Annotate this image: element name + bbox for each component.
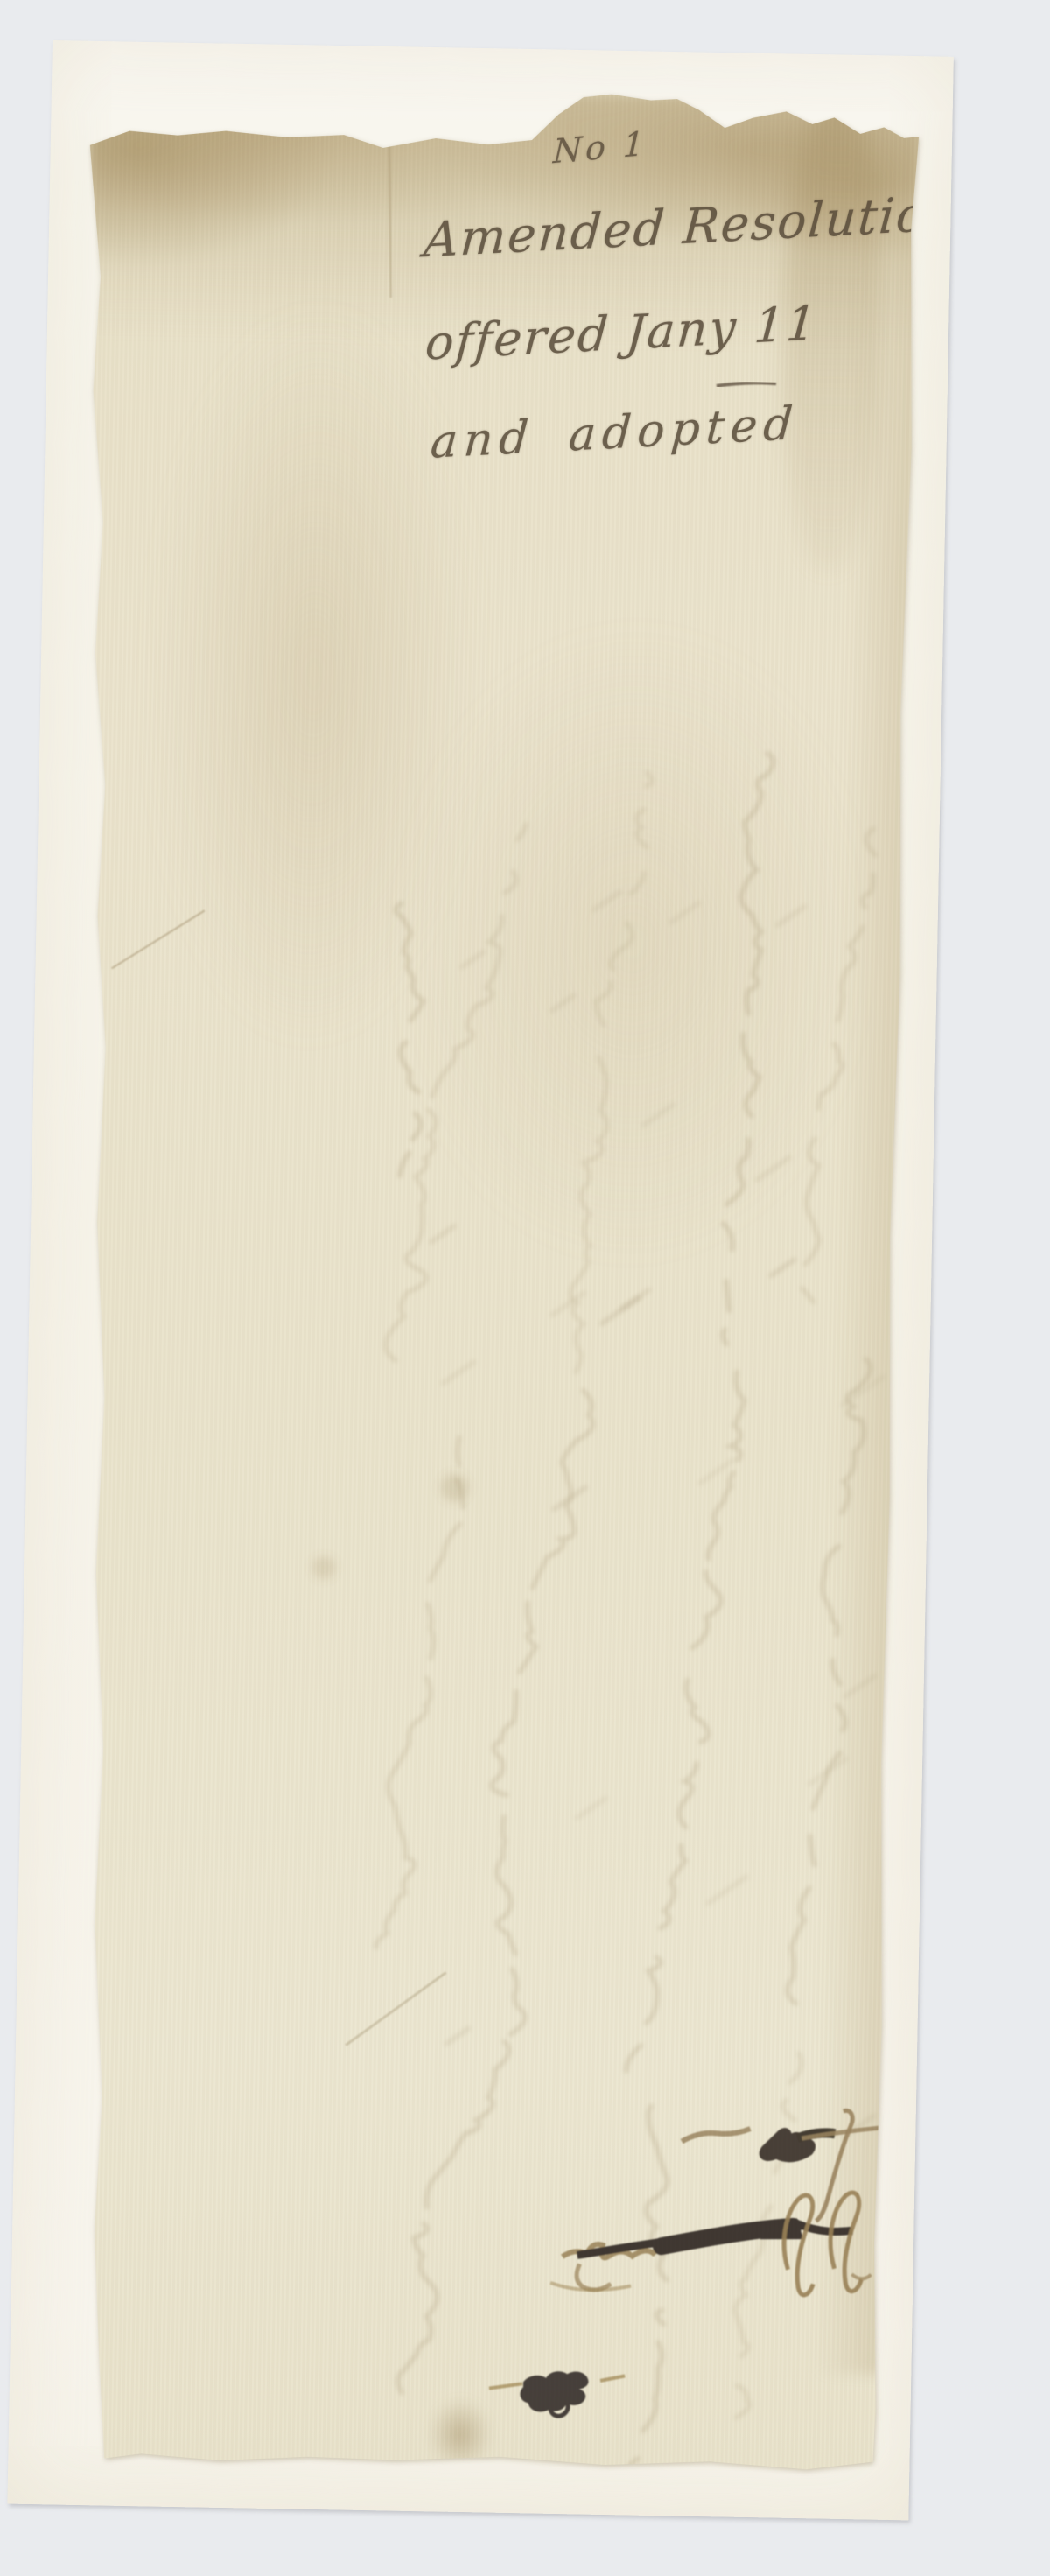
- manuscript-paper-wrap: No 1 Amended Resolution offered Jany 11 …: [45, 84, 924, 2493]
- docket-title: Amended Resolution: [422, 184, 962, 268]
- docket-offered-line: offered Jany 11: [423, 295, 820, 370]
- scanned-document: No 1 Amended Resolution offered Jany 11 …: [0, 0, 1050, 2576]
- manuscript-paper: No 1 Amended Resolution offered Jany 11 …: [45, 84, 924, 2493]
- docket-number: No 1: [552, 124, 648, 172]
- backing-sheet: No 1 Amended Resolution offered Jany 11 …: [7, 40, 953, 2520]
- docket-adopted-line: and adopted: [429, 397, 801, 469]
- docket-text-block: No 1 Amended Resolution offered Jany 11 …: [45, 84, 924, 2493]
